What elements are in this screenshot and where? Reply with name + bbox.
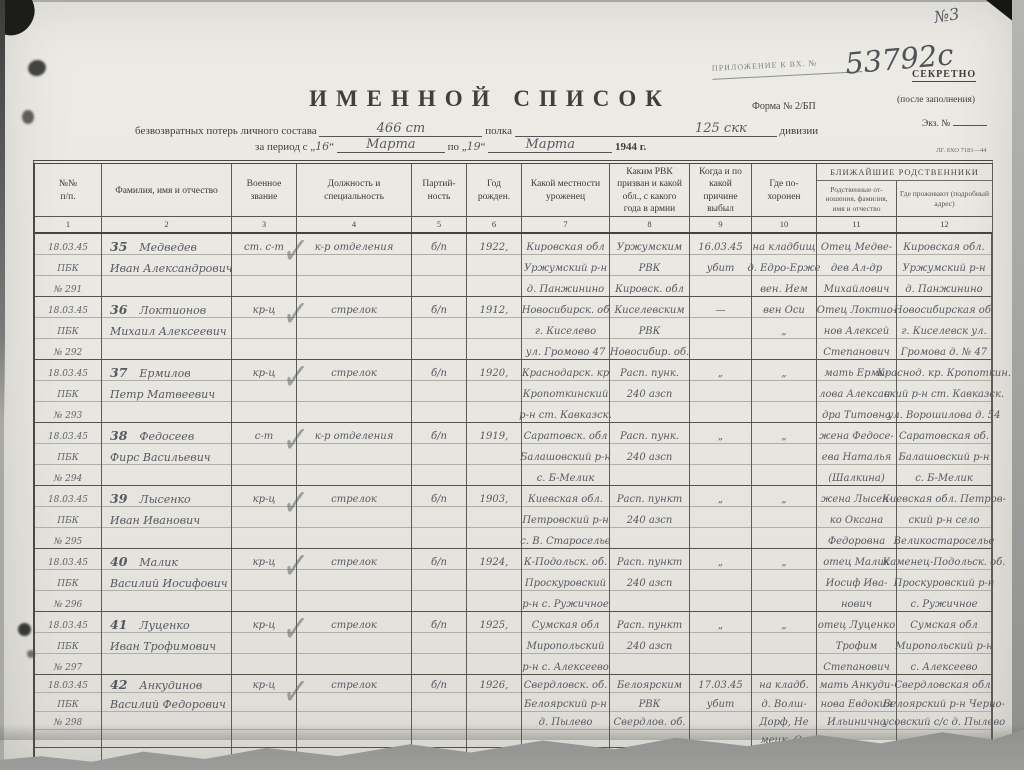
table-cell: 1924, [467,549,522,611]
table-cell: Расп. пунк.240 азсп [610,423,690,485]
cell-line [232,633,296,654]
cell-line [752,402,816,422]
cell-line: 240 азсп [610,633,689,654]
cell-line: стрелок [297,297,411,318]
col-header-birthyear: Год рожден. [467,164,522,217]
cell-line: Балашовский р-н [897,444,991,465]
table-cell: жена Федосе-ева Наталья(Шалкина) [817,423,897,485]
table-cell: 18.03.45ПБК№ 295 [35,486,102,548]
cell-line: кр-ц [232,549,296,570]
cell-line [752,528,816,548]
cell-line [467,693,521,711]
cell-line [232,381,296,402]
table-cell: Расп. пункт240 азсп [610,549,690,611]
cell-line: Степанович [817,654,896,674]
cell-line: „ [690,612,751,633]
table-cell: К-Подольск. об.Проскуровскийр-н с. Ружич… [522,549,610,611]
subtitle-line1: безвозвратных потерь личного состава 466… [135,121,818,137]
cell-line: Громова д. № 47 [897,339,991,359]
cell-line: ПБК [35,255,101,276]
table-cell: стрелок [297,549,412,611]
table-cell: 18.03.45ПБК№ 292 [35,297,102,359]
cell-line [467,507,521,528]
cell-line: № 295 [35,528,101,548]
cell-line [102,402,231,422]
cell-line: „ [752,612,816,633]
table-cell: Новосибирская об.г. Киселевск ул.Громова… [897,297,992,359]
cell-line: № 293 [35,402,101,422]
cell-line [102,339,231,359]
copy-number-label: Экз. № [922,116,987,129]
table-cell: Саратовск. облБалашовский р-нс. Б-Мелик [522,423,610,485]
cell-line [412,633,466,654]
table-cell: с-т [232,423,297,485]
cell-line: отец Луценко [817,612,896,633]
cell-line: РВК [610,318,689,339]
cell-line: дра Титовна [817,402,896,422]
cell-line: „ [690,360,751,381]
cell-line: № 294 [35,465,101,485]
cell-line [690,381,751,402]
cell-line [690,402,751,422]
cell-line: 18.03.45 [35,423,101,444]
cell-line: 18.03.45 [35,549,101,570]
cell-line: Отец Медве- [817,234,896,255]
cell-line [752,654,816,674]
col-number: 12 [897,217,992,232]
cell-line [467,654,521,674]
col-header-rvk: Каким РВК призван и какой обл., с какого… [610,164,690,217]
cell-line: Великостароселье [897,528,991,548]
period-po: по „ [448,141,467,153]
table-cell: ст. с-т [232,234,297,296]
cell-line: Кировск. обл [610,276,689,296]
cell-line [752,444,816,465]
cell-line [232,570,296,591]
table-row: 18.03.45ПБК№ 29741ЛуценкоИван Трофимович… [35,612,992,675]
cell-line [102,528,231,548]
row-number: 35 [110,241,127,254]
cell-line: Новосибир. об. [610,339,689,359]
cell-line [467,465,521,485]
copy-number-blank [953,116,987,126]
cell-line: Сумская обл [897,612,991,633]
cell-line: Белоярский р-н [522,693,609,711]
table-cell: „ [690,486,752,548]
cell-line [297,381,411,402]
cell-line [610,465,689,485]
cell-line: 16.03.45 [690,234,751,255]
cell-line [412,693,466,711]
cell-line [297,633,411,654]
cell-line: 18.03.45 [35,675,101,693]
table-cell: „ [752,360,817,422]
cell-line [412,591,466,611]
cell-line: № 291 [35,276,101,296]
cell-line: убит [690,693,751,711]
cell-line: ул. Ворошилова д. 54 [897,402,991,422]
regiment-blank: 466 ст [319,121,482,137]
cell-line: 40Малик [102,549,231,570]
cell-line [467,528,521,548]
cell-line: 1925, [467,612,521,633]
cell-line [752,570,816,591]
cell-line: 38Федосеев [102,423,231,444]
cell-line: 1912, [467,297,521,318]
cell-line [297,570,411,591]
cell-line: № 292 [35,339,101,359]
cell-line [752,381,816,402]
cell-line: Саратовск. обл [522,423,609,444]
table-cell: б/п [412,360,467,422]
row-number: 41 [110,619,127,632]
torn-edge-shadow [0,724,1024,740]
cell-line: 17.03.45 [690,675,751,693]
cell-line: нович [817,591,896,611]
cell-line [232,255,296,276]
cell-line: стрелок [297,486,411,507]
table-cell: отец ЛуценкоТрофимСтепанович [817,612,897,674]
cell-line: 36Локтионов [102,297,231,318]
division-handwritten: 125 скк [695,121,747,136]
cell-line: р-н ст. Кавказск. [522,402,609,422]
cell-line: Расп. пункт [610,612,689,633]
cell-line: Кировская обл [522,234,609,255]
cell-line: на кладб. [752,675,816,693]
cell-line [467,255,521,276]
table-cell: „ [690,549,752,611]
table-cell: 18.03.45ПБК№ 296 [35,549,102,611]
period-year: 1944 г. [615,141,646,153]
table-cell: Киевская обл.Петровский р-нс. В. Старосе… [522,486,610,548]
cell-line: „ [690,423,751,444]
cell-line: Кировская обл. [897,234,991,255]
scan-edge-left [0,0,5,420]
cell-line: Фирс Васильевич [102,444,231,465]
ink-blot [18,623,31,636]
col-header-buried: Где по- хоронен [752,164,817,217]
col-number: 3 [232,217,297,232]
cell-line: с. Алексеево [897,654,991,674]
table-cell: на кладбищд. Едро-Ержевен. Ием [752,234,817,296]
cell-line: (Шалкина) [817,465,896,485]
cell-line: Иван Александрович [102,255,231,276]
surname: Луценко [139,620,189,631]
cell-line [412,255,466,276]
cell-line [467,276,521,296]
table-cell: стрелок [297,360,412,422]
cell-line [690,318,751,339]
subtitle-line2: за период с „16“ Марта по „19“ Марта 194… [255,137,646,153]
cell-line: Белоярским [610,675,689,693]
col-number: 4 [297,217,412,232]
surname: Лысенко [139,494,190,505]
row-number: 42 [110,679,127,692]
table-cell: „ [752,486,817,548]
table-cell: б/п [412,423,467,485]
cell-line [232,339,296,359]
cell-line [690,591,751,611]
cell-line [297,402,411,422]
cell-line: Киевская обл. [522,486,609,507]
cell-line: ский р-н село [897,507,991,528]
cell-line: — [690,297,751,318]
table-cell: УржумскимРВККировск. обл [610,234,690,296]
cell-line: с. Б-Мелик [522,465,609,485]
table-row: 18.03.45ПБК№ 29640МаликВасилий Иосифович… [35,549,992,612]
cell-line: р-н с. Алексеево [522,654,609,674]
cell-line: с. Б-Мелик [897,465,991,485]
col-header-text: №№ [38,178,98,190]
table-cell: — [690,297,752,359]
cell-line: Миропольский р-н [897,633,991,654]
table-cell: 35МедведевИван Александрович [102,234,232,296]
page-number-pencil: №3 [933,4,961,27]
col-header-relatives-group: БЛИЖАЙШИЕ РОДСТВЕННИКИ Родственные от- н… [817,164,992,217]
cell-line [297,276,411,296]
cell-line: Балашовский р-н [522,444,609,465]
col-header-party: Партий- ность [412,164,467,217]
table-cell: б/п [412,234,467,296]
table-row: 18.03.45ПБК№ 29236ЛоктионовМихаил Алексе… [35,297,992,360]
cell-line [232,591,296,611]
col-header-relative-address: Где проживают (подробный адрес) [897,181,992,217]
table-cell: 18.03.45ПБК№ 293 [35,360,102,422]
table-cell: к-р отделения [297,423,412,485]
cell-line [412,570,466,591]
table-cell: 16.03.45убит [690,234,752,296]
table-cell: 18.03.45ПБК№ 294 [35,423,102,485]
cell-line: стрелок [297,612,411,633]
cell-line [610,654,689,674]
cell-line: Федоровна [817,528,896,548]
cell-line [690,507,751,528]
cell-line: б/п [412,486,466,507]
cell-line [297,507,411,528]
cell-line: Краснод. кр. Кропоткин. [897,360,991,381]
cell-line: 1924, [467,549,521,570]
cell-line [297,318,411,339]
table-cell: Новосибирск. обг. Киселевоул. Громово 47 [522,297,610,359]
period-label: за период с „ [255,141,315,153]
cell-line: „ [752,486,816,507]
cell-line: дев Ал-др [817,255,896,276]
col-header-name: Фамилия, имя и отчество [102,164,232,217]
cell-line: г. Киселевск ул. [897,318,991,339]
cell-line: 1919, [467,423,521,444]
cell-line: 1922, [467,234,521,255]
hole-punch-mark [22,110,34,124]
table-cell: б/п [412,549,467,611]
table-row: 18.03.45ПБК№ 29539ЛысенкоИван Ивановичкр… [35,486,992,549]
table-cell: Киевская обл. Петров-ский р-н селоВелико… [897,486,992,548]
cell-line: № 296 [35,591,101,611]
cell-line: 240 азсп [610,570,689,591]
cell-line [752,591,816,611]
cell-line [297,444,411,465]
surname: Малик [139,557,177,568]
cell-line [412,465,466,485]
cell-line [412,276,466,296]
cell-line [232,444,296,465]
cell-line [232,402,296,422]
surname: Анкудинов [139,680,202,691]
cell-line: 240 азсп [610,444,689,465]
table-cell: 1925, [467,612,522,674]
table-row: 18.03.45ПБК№ 29135МедведевИван Александр… [35,234,992,297]
table-cell: стрелок [297,486,412,548]
cell-line [412,381,466,402]
table-cell: вен Оси„ [752,297,817,359]
cell-line: б/п [412,423,466,444]
col-number: 11 [817,217,897,232]
cell-line: на кладбищ [752,234,816,255]
surname: Ермилов [139,368,190,379]
table-cell: к-р отделения [297,234,412,296]
cell-line: Расп. пункт [610,486,689,507]
row-number: 36 [110,304,127,317]
table-cell: Сумская облМиропольский р-нс. Алексеево [897,612,992,674]
cell-line: Расп. пункт [610,549,689,570]
cell-line [467,339,521,359]
cell-line: Петр Матвеевич [102,381,231,402]
cell-line: Иван Трофимович [102,633,231,654]
table-cell: „ [752,549,817,611]
cell-line: „ [690,486,751,507]
cell-line: ПБК [35,570,101,591]
table-cell: 1912, [467,297,522,359]
cell-line: Уржумским [610,234,689,255]
table-cell: „ [690,612,752,674]
cell-line: Проскуровский р-н [897,570,991,591]
table-cell: кр-ц [232,549,297,611]
cell-line: Михайлович [817,276,896,296]
cell-line [752,339,816,359]
cell-line: 240 азсп [610,381,689,402]
cell-line [232,507,296,528]
table-cell: Кировская обл.Уржумский р-нд. Панжинино [897,234,992,296]
cell-line: 1926, [467,675,521,693]
month2-blank: Марта [488,137,612,153]
cell-line: ПБК [35,381,101,402]
cell-line: стрелок [297,549,411,570]
table-cell: Краснод. кр. Кропоткин.ский р-н ст. Кавк… [897,360,992,422]
table-cell: Расп. пунк.240 азсп [610,360,690,422]
cell-line: д. Едро-Ерже [752,255,816,276]
cell-line: Киселевским [610,297,689,318]
document-title: ИМЕННОЙ СПИСОК [0,86,980,112]
cell-line: Миропольский [522,633,609,654]
cell-line: д. Панжинино [897,276,991,296]
print-code: ЛГ. 8ХО 7181—44 [936,147,987,154]
casualty-table: №№п/п. Фамилия, имя и отчество Военное з… [33,160,993,770]
cell-line [232,693,296,711]
cell-line [232,654,296,674]
col-number: 1 [35,217,102,232]
relatives-group-title: БЛИЖАЙШИЕ РОДСТВЕННИКИ [817,164,992,181]
cell-line: Василий Федорович [102,693,231,711]
cell-line [297,255,411,276]
cell-line: мать Анкуди- [817,675,896,693]
table-cell: 1922, [467,234,522,296]
cell-line: Иван Иванович [102,507,231,528]
table-cell: „ [752,612,817,674]
cell-line: р-н с. Ружичное [522,591,609,611]
cell-line [690,570,751,591]
cell-line: б/п [412,360,466,381]
table-body: 18.03.45ПБК№ 29135МедведевИван Александр… [35,234,992,770]
row-number: 40 [110,556,127,569]
month1-blank: Марта [337,137,445,153]
col-number: 2 [102,217,232,232]
cell-line [412,339,466,359]
table-cell: „ [752,423,817,485]
cell-line: РВК [610,693,689,711]
cell-line: ул. Громово 47 [522,339,609,359]
table-row: 18.03.45ПБК№ 29337ЕрмиловПетр Матвеевичк… [35,360,992,423]
cell-line: кр-ц [232,675,296,693]
table-cell: „ [690,360,752,422]
table-cell: Расп. пункт240 азсп [610,486,690,548]
table-cell: 40МаликВасилий Иосифович [102,549,232,611]
cell-line: Расп. пунк. [610,360,689,381]
scanned-document: №3 Приложение к вх. № 53792с Форма № 2/Б… [0,0,1024,770]
period-day2: 19 [467,140,481,153]
row-number: 38 [110,430,127,443]
cell-line: с. Ружичное [897,591,991,611]
cell-line: Трофим [817,633,896,654]
cell-line [752,465,816,485]
cell-line [297,339,411,359]
cell-line [467,633,521,654]
copy-number-text: Экз. № [922,119,950,129]
cell-line: д. Волш- [752,693,816,711]
table-cell: Сумская облМиропольскийр-н с. Алексеево [522,612,610,674]
table-cell: 1903, [467,486,522,548]
table-cell: 1920, [467,360,522,422]
cell-line: Новосибирск. об [522,297,609,318]
col-number: 7 [522,217,610,232]
cell-line: Свердловская обл. [897,675,991,693]
cell-line: Отец Локтио- [817,297,896,318]
cell-line [690,465,751,485]
cell-line: Свердловск. об. [522,675,609,693]
table-row: 18.03.45ПБК№ 29438ФедосеевФирс Васильеви… [35,423,992,486]
cell-line: 37Ермилов [102,360,231,381]
cell-line [297,693,411,711]
subtitle1-division: дивизии [779,125,818,137]
subtitle1-label: безвозвратных потерь личного состава [135,125,317,137]
cell-line [467,318,521,339]
table-cell: „ [690,423,752,485]
cell-line: „ [752,360,816,381]
cell-line [752,633,816,654]
col-header-position: Должность и специальность [297,164,412,217]
cell-line: ПБК [35,318,101,339]
cell-line [412,402,466,422]
cell-line [610,402,689,422]
cell-line: Каменец-Подольск. об. [897,549,991,570]
table-cell: 39ЛысенкоИван Иванович [102,486,232,548]
table-cell: кр-ц [232,612,297,674]
cell-line: жена Федосе- [817,423,896,444]
cell-line [467,591,521,611]
cell-line: Степанович [817,339,896,359]
cell-line: „ [752,423,816,444]
cell-line: 41Луценко [102,612,231,633]
cell-line [297,591,411,611]
cell-line: б/п [412,675,466,693]
